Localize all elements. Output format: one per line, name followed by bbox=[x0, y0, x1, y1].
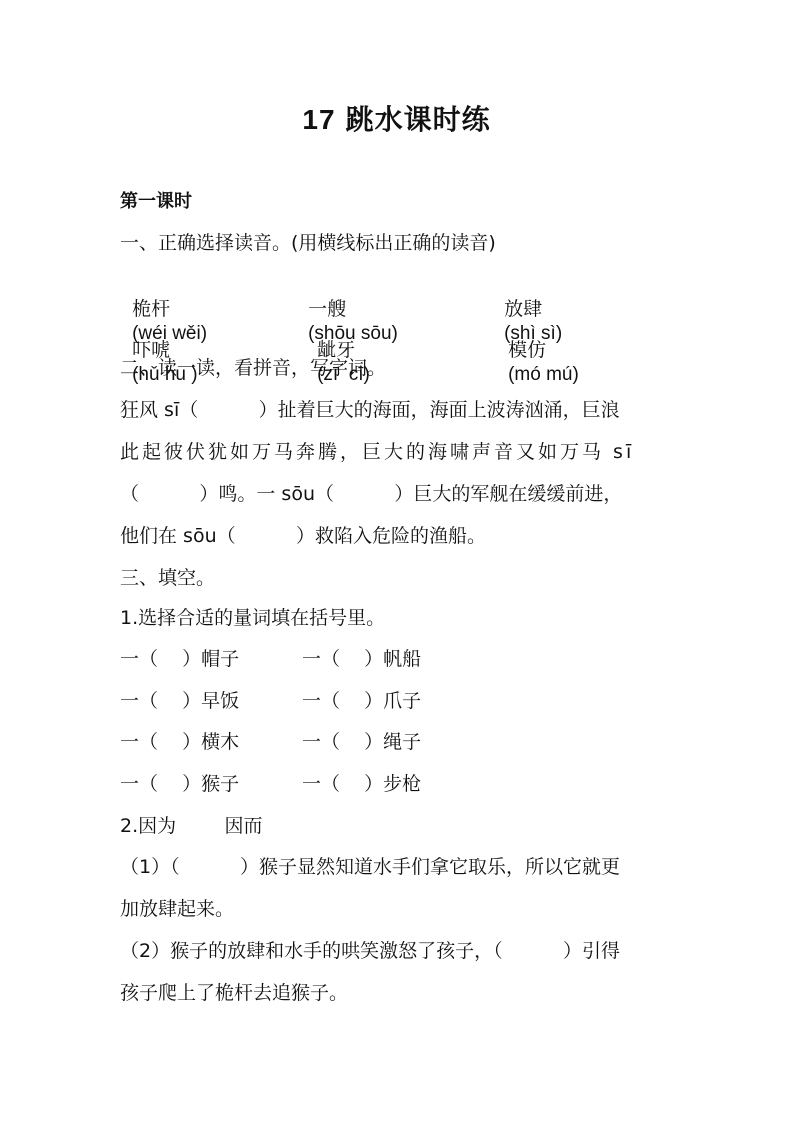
passage-line-4: 他们在 sōu（ ）救陷入危险的渔船。 bbox=[120, 524, 486, 548]
q2-line-4: 孩子爬上了桅杆去追猴子。 bbox=[120, 981, 348, 1005]
q2-line-1: （1）（ ）猴子显然知道水手们拿它取乐，所以它就更 bbox=[120, 855, 620, 879]
q2-line-3: （2）猴子的放肆和水手的哄笑激怒了孩子，（ ）引得 bbox=[120, 939, 620, 963]
q2-line-2: 加放肆起来。 bbox=[120, 897, 234, 921]
item-word: 模仿 bbox=[508, 339, 546, 361]
measure-word-left-1: 一（ ）帽子 bbox=[120, 647, 239, 671]
section3-heading: 三、填空。 bbox=[120, 566, 215, 590]
q1-prompt: 1.选择合适的量词填在括号里。 bbox=[120, 606, 385, 630]
measure-word-left-2: 一（ ）早饭 bbox=[120, 689, 239, 713]
q2-prompt: 2.因为 因而 bbox=[120, 814, 262, 838]
page-title: 17跳水课时练 bbox=[0, 98, 793, 138]
passage-line-3: （ ）鸣。一 sōu（ ）巨大的军舰在缓缓前进， bbox=[120, 482, 622, 506]
measure-word-right-1: 一（ ）帆船 bbox=[302, 647, 421, 671]
measure-word-left-3: 一（ ）横木 bbox=[120, 730, 239, 754]
section1-heading: 一、正确选择读音。(用横线标出正确的读音) bbox=[120, 231, 496, 255]
passage-line-2: 此起彼伏犹如万马奔腾，巨大的海啸声音又如万马 sī bbox=[120, 440, 634, 464]
measure-word-left-4: 一（ ）猴子 bbox=[120, 772, 239, 796]
item-options: (mó mú) bbox=[508, 364, 579, 385]
measure-word-right-3: 一（ ）绳子 bbox=[302, 730, 421, 754]
passage-line-1: 狂风 sī（ ）扯着巨大的海面，海面上波涛汹涌，巨浪 bbox=[120, 398, 620, 422]
title-text: 跳水课时练 bbox=[346, 103, 491, 136]
measure-word-right-2: 一（ ）爪子 bbox=[302, 689, 421, 713]
measure-word-right-4: 一（ ）步枪 bbox=[302, 772, 421, 796]
lesson-number: 17 bbox=[302, 104, 335, 135]
pinyin-item-6: 模仿 (mó mú) bbox=[496, 314, 579, 387]
lesson-subtitle: 第一课时 bbox=[120, 190, 192, 214]
section2-heading: 二、读一读，看拼音，写字词。 bbox=[120, 356, 386, 380]
